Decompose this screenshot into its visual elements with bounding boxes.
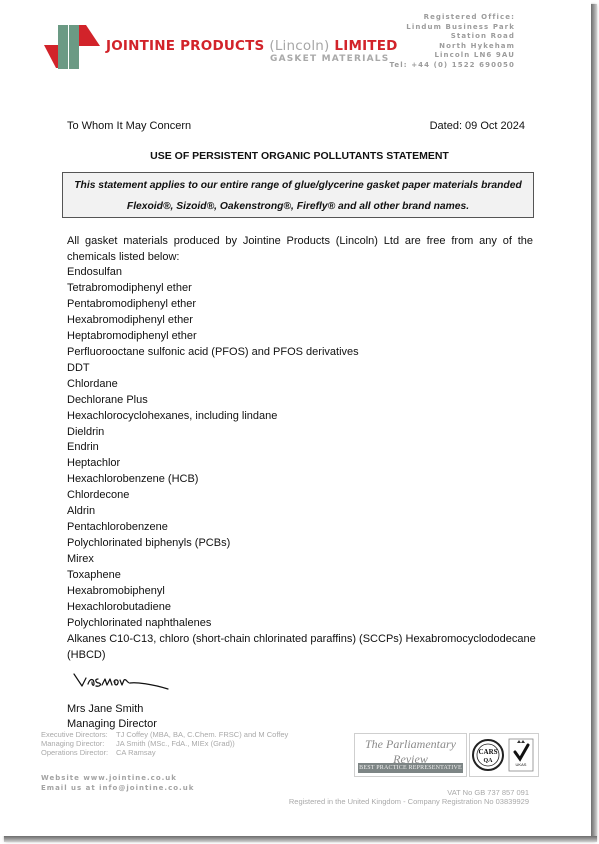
registered-office-phone: Tel: +44 (0) 1522 690050	[389, 61, 515, 71]
director-names: JA Smith (MSc., FdA., MIEx (Grad))	[116, 739, 235, 748]
chemical-list: EndosulfanTetrabromodiphenyl etherPentab…	[67, 265, 547, 664]
company-name: JOINTINE PRODUCTS (Lincoln) LIMITED	[106, 38, 398, 54]
salutation: To Whom It May Concern	[67, 120, 191, 132]
scope-line: This statement applies to our entire ran…	[63, 175, 533, 196]
chemical-item: Hexachlorocyclohexanes, including lindan…	[67, 409, 547, 425]
director-names: TJ Coffey (MBA, BA, C.Chem. FRSC) and M …	[116, 730, 288, 739]
chemical-item: Endrin	[67, 440, 547, 456]
registered-office-line: Station Road	[389, 32, 515, 42]
chemical-item: Hexabromodiphenyl ether	[67, 313, 547, 329]
chemical-item: Alkanes C10-C13, chloro (short-chain chl…	[67, 632, 547, 664]
director-role: Executive Directors:	[41, 730, 116, 739]
chemical-item: Dieldrin	[67, 425, 547, 441]
page-shadow	[4, 836, 597, 842]
cars-qa-icon: CARS QA UKAS	[470, 734, 538, 776]
registered-office-line: Lindum Business Park	[389, 23, 515, 33]
chemical-item: Endosulfan	[67, 265, 547, 281]
company-name-location: (Lincoln)	[269, 38, 329, 54]
signatory-name: Mrs Jane Smith	[67, 702, 157, 717]
chemical-item: DDT	[67, 361, 547, 377]
chemical-item: Pentachlorobenzene	[67, 520, 547, 536]
scope-line-brands: Flexoid®, Sizoid®, Oakenstrong®, Firefly…	[63, 196, 533, 217]
director-row: Executive Directors:TJ Coffey (MBA, BA, …	[41, 730, 288, 739]
chemical-item: Hexachlorobenzene (HCB)	[67, 472, 547, 488]
registered-office-line: Lincoln LN6 9AU	[389, 51, 515, 61]
company-name-main: JOINTINE PRODUCTS	[106, 38, 264, 54]
certification-badge: CARS QA UKAS	[469, 733, 539, 777]
page-shadow	[591, 4, 597, 840]
chemical-item: Hexabromobiphenyl	[67, 584, 547, 600]
chemical-item: Perfluorooctane sulfonic acid (PFOS) and…	[67, 345, 547, 361]
chemical-item: Tetrabromodiphenyl ether	[67, 281, 547, 297]
chemical-item: Chlordane	[67, 377, 547, 393]
chemical-item: Polychlorinated naphthalenes	[67, 616, 547, 632]
parliamentary-review-badge: The Parliamentary Review BEST PRACTICE R…	[354, 733, 467, 777]
scope-box: This statement applies to our entire ran…	[62, 172, 534, 218]
director-role: Operations Director:	[41, 748, 116, 757]
signature-icon	[72, 670, 172, 692]
signatory: Mrs Jane Smith Managing Director	[67, 702, 157, 732]
letter-page: JOINTINE PRODUCTS (Lincoln) LIMITED GASK…	[0, 0, 591, 836]
registration-number: Registered in the United Kingdom - Compa…	[289, 797, 529, 806]
email-link[interactable]: Email us at info@jointine.co.uk	[41, 783, 194, 793]
chemical-item: Dechlorane Plus	[67, 393, 547, 409]
registered-office: Registered Office: Lindum Business Park …	[389, 13, 515, 70]
svg-text:UKAS: UKAS	[516, 762, 527, 767]
director-role: Managing Director:	[41, 739, 116, 748]
jointine-logo-icon	[44, 24, 100, 69]
vat-number: VAT No GB 737 857 091	[289, 788, 529, 797]
chemical-item: Heptabromodiphenyl ether	[67, 329, 547, 345]
chemical-item: Pentabromodiphenyl ether	[67, 297, 547, 313]
company-registration: VAT No GB 737 857 091 Registered in the …	[289, 788, 529, 806]
intro-paragraph: All gasket materials produced by Jointin…	[67, 233, 533, 265]
contact-info: Website www.jointine.co.uk Email us at i…	[41, 773, 194, 793]
registered-office-line: Registered Office:	[389, 13, 515, 23]
company-name-suffix: LIMITED	[334, 38, 397, 54]
registered-office-line: North Hykeham	[389, 42, 515, 52]
statement-title: USE OF PERSISTENT ORGANIC POLLUTANTS STA…	[0, 150, 599, 162]
director-row: Operations Director:CA Ramsay	[41, 748, 288, 757]
company-tagline: GASKET MATERIALS	[270, 54, 387, 64]
chemical-item: Chlordecone	[67, 488, 547, 504]
chemical-item: Polychlorinated biphenyls (PCBs)	[67, 536, 547, 552]
director-row: Managing Director:JA Smith (MSc., FdA., …	[41, 739, 288, 748]
best-practice-bar: BEST PRACTICE REPRESENTATIVE	[358, 763, 463, 773]
website-link[interactable]: Website www.jointine.co.uk	[41, 773, 194, 783]
chemical-item: Toxaphene	[67, 568, 547, 584]
letter-date: Dated: 09 Oct 2024	[430, 120, 525, 132]
director-names: CA Ramsay	[116, 748, 156, 757]
svg-text:QA: QA	[484, 758, 494, 764]
chemical-item: Hexachlorobutadiene	[67, 600, 547, 616]
chemical-item: Aldrin	[67, 504, 547, 520]
directors-list: Executive Directors:TJ Coffey (MBA, BA, …	[41, 730, 288, 758]
chemical-item: Mirex	[67, 552, 547, 568]
chemical-item: Heptachlor	[67, 456, 547, 472]
svg-text:CARS: CARS	[478, 748, 497, 756]
